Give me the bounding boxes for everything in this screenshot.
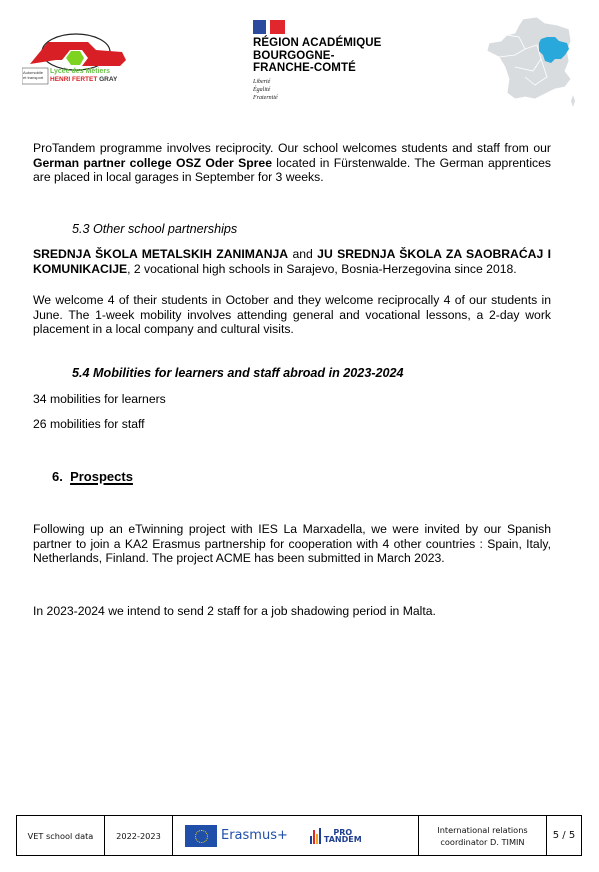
exchange-paragraph: We welcome 4 of their students in Octobe… <box>33 293 551 337</box>
footer-table: VET school data 2022-2023 Erasmus+ PRO T… <box>16 815 582 856</box>
region-academique-logo: RÉGION ACADÉMIQUE BOURGOGNE- FRANCHE-COM… <box>253 20 403 105</box>
school-logo: Automobile et transport Lycée des Métier… <box>22 30 132 90</box>
section-6-title: Prospects <box>70 469 133 484</box>
protandem-bars-icon <box>310 828 321 844</box>
region-title-line1: RÉGION ACADÉMIQUE <box>253 37 381 50</box>
section-5-3-heading: 5.3 Other school partnerships <box>72 222 237 236</box>
erasmus-plus-logo: Erasmus+ <box>221 828 288 843</box>
footer-year: 2022-2023 <box>105 816 173 855</box>
prospects-paragraph-2: In 2023-2024 we intend to send 2 staff f… <box>33 604 436 618</box>
school-name-line1: Lycée des Métiers <box>50 68 110 75</box>
protandem-logo: PRO TANDEM <box>324 829 362 843</box>
school-name-line2: HENRI FERTET <box>50 76 97 83</box>
france-regions-map-icon <box>485 15 585 110</box>
footer-logos: Erasmus+ PRO TANDEM <box>173 816 419 855</box>
section-5-4-heading: 5.4 Mobilities for learners and staff ab… <box>72 366 404 380</box>
school-name-line2-wrap: HENRI FERTET GRAY <box>50 76 117 83</box>
republic-motto: Liberté Égalité Fraternité <box>253 78 278 102</box>
school-name-line3: GRAY <box>99 76 117 83</box>
region-title-line3: FRANCHE-COMTÉ <box>253 62 381 75</box>
motto-liberte: Liberté <box>253 78 278 86</box>
region-title: RÉGION ACADÉMIQUE BOURGOGNE- FRANCHE-COM… <box>253 37 381 75</box>
mobility-staff: 26 mobilities for staff <box>33 417 145 431</box>
schools-and: and <box>288 247 317 261</box>
school-name-1: SREDNJA ŠKOLA METALSKIH ZANIMANJA <box>33 247 288 261</box>
german-partner-name: German partner college OSZ Oder Spree <box>33 156 272 170</box>
footer-doc-label: VET school data <box>17 816 105 855</box>
motto-fraternite: Fraternité <box>253 94 278 102</box>
intro-text-1: ProTandem programme involves reciprocity… <box>33 141 551 155</box>
coordinator-line2: coordinator D. TIMIN <box>440 836 524 848</box>
french-flag-icon <box>253 20 285 34</box>
motto-egalite: Égalité <box>253 86 278 94</box>
page-number: 5 / 5 <box>547 816 581 855</box>
mobility-learners: 34 mobilities for learners <box>33 392 166 406</box>
section-6-number: 6. <box>52 469 63 484</box>
section-6-heading: 6. Prospects <box>52 469 133 484</box>
school-logo-box-label: Automobile et transport <box>23 70 47 80</box>
protandem-line2: TANDEM <box>324 836 362 843</box>
region-title-line2: BOURGOGNE- <box>253 50 381 63</box>
partner-schools-paragraph: SREDNJA ŠKOLA METALSKIH ZANIMANJA and JU… <box>33 247 551 276</box>
schools-description: , 2 vocational high schools in Sarajevo,… <box>127 262 517 276</box>
eu-flag-icon <box>185 825 217 847</box>
coordinator-line1: International relations <box>437 824 527 836</box>
prospects-paragraph-1: Following up an eTwinning project with I… <box>33 522 551 566</box>
protandem-paragraph: ProTandem programme involves reciprocity… <box>33 141 551 185</box>
footer-coordinator: International relations coordinator D. T… <box>419 816 547 855</box>
